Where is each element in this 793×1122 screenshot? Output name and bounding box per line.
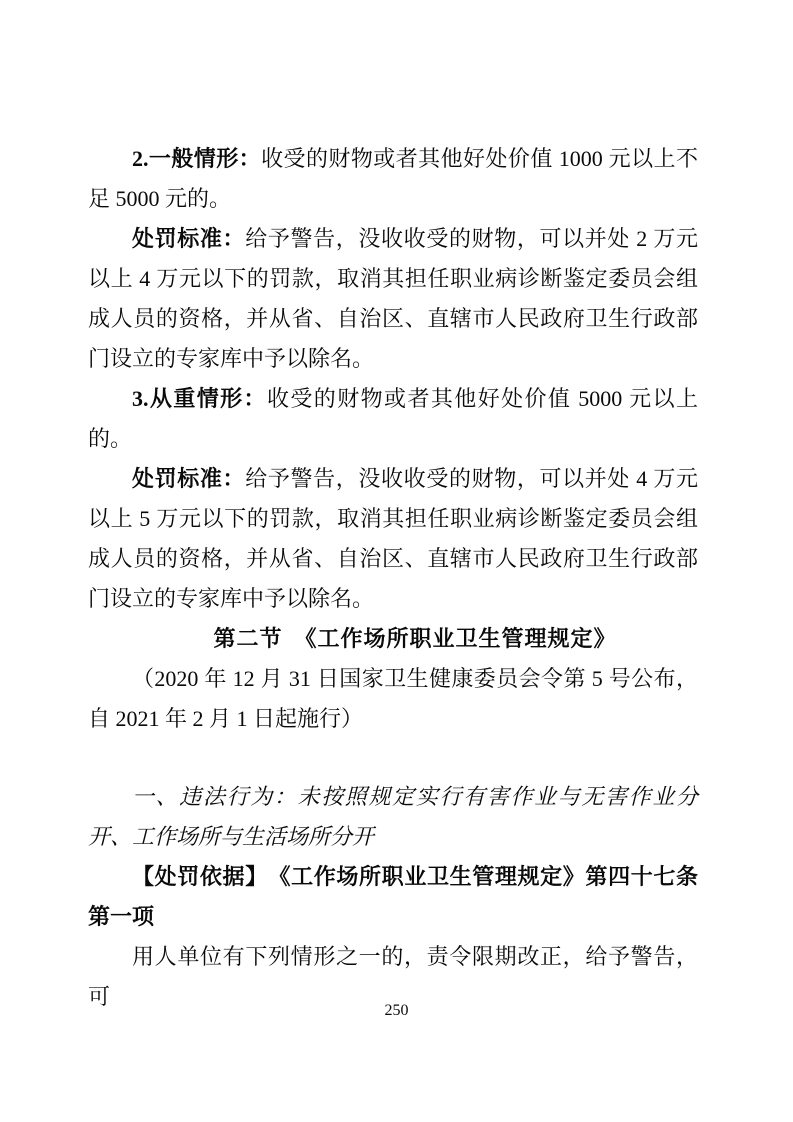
paragraph-general-case: 2.一般情形：收受的财物或者其他好处价值 1000 元以上不足 5000 元的。 (88, 139, 698, 219)
document-page: 2.一般情形：收受的财物或者其他好处价值 1000 元以上不足 5000 元的。… (0, 0, 793, 1122)
page-number: 250 (0, 1000, 793, 1022)
paragraph-penalty-standard-1-label: 处罚标准： (132, 226, 245, 251)
section-heading: 第二节 《工作场所职业卫生管理规定》 (88, 619, 698, 659)
penalty-basis-paragraph: 【处罚依据】 《工作场所职业卫生管理规定》第四十七条第一项 (88, 857, 698, 937)
paragraph-penalty-standard-1: 处罚标准：给予警告，没收收受的财物，可以并处 2 万元以上 4 万元以下的罚款，… (88, 219, 698, 379)
page-content: 2.一般情形：收受的财物或者其他好处价值 1000 元以上不足 5000 元的。… (88, 139, 698, 1017)
violation-paragraph: 一、违法行为：未按照规定实行有害作业与无害作业分开、工作场所与生活场所分开 (88, 777, 698, 857)
section-note: （2020 年 12 月 31 日国家卫生健康委员会令第 5 号公布，自 202… (88, 659, 698, 739)
paragraph-penalty-standard-2: 处罚标准：给予警告，没收收受的财物，可以并处 4 万元以上 5 万元以下的罚款，… (88, 459, 698, 619)
paragraph-general-case-label: 2.一般情形： (132, 146, 261, 171)
paragraph-penalty-standard-2-label: 处罚标准： (132, 466, 245, 491)
paragraph-aggravated-case-label: 3.从重情形： (132, 386, 267, 411)
paragraph-aggravated-case: 3.从重情形：收受的财物或者其他好处价值 5000 元以上的。 (88, 379, 698, 459)
